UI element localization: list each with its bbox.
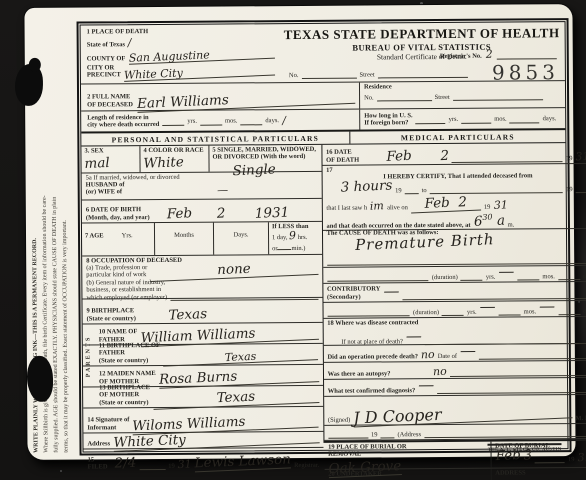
mos-label: mos.	[524, 308, 537, 315]
residence-block: Residence No.Street	[359, 81, 565, 108]
registrar-title-label: Registrar.	[294, 462, 319, 469]
personal-column: PARENTS 3. SEXmal 4 COLOR OR RACEWhite 5…	[81, 145, 323, 445]
ink-blot	[27, 356, 53, 402]
certification-block: 17 I HEREBY CERTIFY, That I attended dec…	[322, 164, 586, 231]
signed-year-blank	[380, 429, 394, 438]
mos-blank	[200, 116, 222, 125]
marital-label: 5 SINGLE, MARRIED, WIDOWED,OR DIVORCED (…	[212, 146, 318, 162]
place-of-death-block: 1 PLACE OF DEATH State of Texas/ COUNTY …	[81, 24, 279, 83]
filed-label: 15 FILED	[88, 456, 112, 470]
department-title: TEXAS STATE DEPARTMENT OF HEALTH	[279, 25, 565, 43]
birth-day-value: 2	[217, 207, 226, 221]
mother-birthplace-value: Texas	[153, 387, 319, 408]
form-columns: PARENTS 3. SEXmal 4 COLOR OR RACEWhite 5…	[81, 143, 567, 444]
sex-value: mal	[84, 157, 110, 172]
street-label: Street	[359, 71, 374, 78]
days-label: days.	[543, 115, 557, 122]
birth-year-value: 1931	[254, 206, 289, 221]
no-street-line: No.Street	[289, 69, 509, 80]
autopsy-value: no	[433, 366, 447, 378]
stray-dash: —	[539, 296, 555, 315]
birth-month-value: Feb	[166, 207, 192, 222]
mos-label: mos.	[542, 273, 555, 280]
age-yrs-label: Yrs.	[122, 232, 133, 239]
address-label: Address	[87, 440, 110, 447]
lastsaw-19: 19	[484, 204, 491, 211]
full-name-label: 2 FULL NAMEOF DECEASED	[87, 93, 133, 108]
race-field: 4 COLOR OR RACEWhite	[140, 146, 209, 172]
duration-blank	[327, 307, 410, 317]
race-label: 4 COLOR OR RACE	[143, 147, 205, 154]
ink-blot	[15, 64, 43, 106]
sex-label: 3. SEX	[84, 147, 136, 154]
ds-blank	[558, 306, 580, 315]
birthplace-value: Texas	[169, 307, 208, 322]
filed-19: 19	[168, 463, 175, 470]
personal-particulars-header: PERSONAL AND STATISTICAL PARTICULARS	[81, 132, 349, 146]
printer-imprint: THE A. L. STECK CO. AUSTIN	[488, 443, 562, 452]
test-blank	[437, 384, 586, 394]
duration-row-2: (duration)yrs.—mos.—ds.	[323, 301, 586, 319]
operation-row: Did an operation precede death?noDate of…	[323, 344, 586, 363]
dod-19: 19	[566, 155, 573, 162]
filed-date-value: 2/4	[114, 456, 136, 470]
signed-label: (Signed)	[328, 417, 350, 424]
age-row: 7 AGE Yrs. Months Days. If LESS than 1 d…	[82, 222, 322, 257]
cause-blank-line	[327, 255, 586, 266]
mother-birthplace-label: 13 BIRTHPLACEOF MOTHER(State or country)	[99, 384, 150, 407]
mother-name-value: Rosa Burns	[158, 367, 318, 388]
duration-label: (duration)	[432, 274, 458, 281]
death-year-value: 31	[575, 151, 586, 163]
burial-blank	[535, 454, 565, 463]
informant-label: 14 Signature ofInformant	[87, 416, 129, 431]
medical-column: 16 DATEOF DEATH Feb 2 1931 17 I HEREBY C…	[321, 143, 586, 443]
operation-label: Did an operation precede death?	[327, 353, 418, 361]
certificate-border: 1 PLACE OF DEATH State of Texas/ COUNTY …	[77, 18, 572, 455]
him-handwriting: im	[370, 200, 384, 212]
father-birthplace-value: Texas	[163, 348, 319, 366]
state-label: State of Texas	[87, 41, 125, 48]
signed-address-row: 19(Address	[324, 424, 586, 441]
age-label: 7 AGE	[85, 232, 104, 239]
occupation-a-label: (a) Trade, profession orparticular kind …	[86, 264, 147, 279]
stray-dash: —	[498, 262, 514, 281]
marital-field: 5 SINGLE, MARRIED, WIDOWED,OR DIVORCED (…	[209, 145, 321, 172]
full-name-block: 2 FULL NAMEOF DECEASED Earl Williams	[81, 83, 359, 111]
age-months-label: Months	[174, 232, 194, 239]
scan-background: WRITE PLAINLY WITH UNFADING INK—THIS IS …	[0, 0, 586, 480]
margin-note: terms, so that it may be properly classi…	[61, 23, 70, 453]
duration-row-1: (duration)yrs.—mos.ds.	[323, 266, 586, 284]
date-of-birth-row: 6 DATE OF BIRTH(Month, day, and year) Fe…	[82, 199, 322, 224]
stray-dash: —	[418, 375, 434, 394]
date-of-death-row: 16 DATEOF DEATH Feb 2 1931	[322, 143, 586, 166]
certify-19a: 19	[395, 187, 402, 194]
attended-from-value: 3 hours	[340, 179, 392, 195]
address-paren-label: (Address	[397, 431, 421, 438]
stray-dash: —	[383, 281, 399, 300]
stray-dash: —	[406, 326, 422, 345]
city-label: CITY ORPRECINCT	[87, 64, 121, 79]
autopsy-label: Was there an autopsy?	[328, 370, 391, 377]
filed-year-value: 31	[178, 459, 192, 471]
dod-blank	[452, 153, 563, 163]
how-long-in-us-block: How long in U. S.If foreign born? yrs. m…	[359, 108, 565, 129]
mos-blank	[517, 271, 539, 280]
sex-field: 3. SEXmal	[81, 146, 140, 172]
test-row: What test confirmed diagnosis?—	[324, 378, 586, 397]
days-blank	[510, 114, 540, 123]
days-stray-mark: /	[282, 115, 286, 126]
contributory-label: CONTRIBUTORY(Secondary)	[327, 286, 381, 301]
certificate-card: WRITE PLAINLY WITH UNFADING INK—THIS IS …	[24, 4, 575, 460]
burial-19: 19	[568, 456, 575, 463]
birthplace-row: 9 BIRTHPLACE(State or country) Texas	[82, 298, 322, 325]
department-header: TEXAS STATE DEPARTMENT OF HEALTH BUREAU …	[279, 22, 565, 82]
father-birthplace-label: 11 BIRTHPLACE OFFATHER(State or country)	[99, 342, 160, 365]
place-of-burial-cell: 19 PLACE OF BURIAL ORREMOVAL Oak Grove	[324, 442, 491, 469]
medical-particulars-header: MEDICAL PARTICULARS	[349, 130, 565, 144]
place-of-burial-label: 19 PLACE OF BURIAL ORREMOVAL	[328, 443, 486, 459]
undertaker-address-label: ADDRESS	[491, 468, 586, 480]
date-of-label: Date of	[438, 353, 457, 360]
spouse-value: —	[127, 181, 317, 200]
dust-speck	[60, 470, 62, 472]
how-long-label: How long in U. S.If foreign born?	[364, 112, 413, 127]
header-row-name: 2 FULL NAMEOF DECEASED Earl Williams Res…	[81, 81, 565, 111]
race-value: White	[143, 156, 184, 171]
filed-row: 15 FILED 2/4 1931 Lewis Lawson Registrar…	[84, 448, 324, 472]
duration-label: (duration)	[413, 309, 439, 316]
residence-no-street: No.Street	[364, 91, 561, 101]
sex-race-marital-row: 3. SEXmal 4 COLOR OR RACEWhite 5 SINGLE,…	[81, 145, 321, 174]
street-blank	[378, 69, 468, 79]
where-contracted-row: 18 Where was disease contracted If not a…	[323, 317, 586, 346]
registrar-no-label: Registrar's No.	[440, 53, 482, 60]
date-of-death-label: 16 DATEOF DEATH	[326, 149, 359, 164]
age-months-cell: Months	[155, 223, 214, 255]
length-of-residence-label: Length of residence incity where death o…	[87, 114, 159, 129]
spouse-row: 5a If married, widowed, or divorced HUSB…	[82, 172, 322, 201]
informant-address-row: Address White City	[83, 432, 323, 450]
yrs-label: yrs.	[467, 309, 477, 316]
md-label: M. D.	[576, 415, 586, 422]
age-less-than-day-cell: If LESS than 1 day, 9 hrs. ormin.)	[269, 222, 322, 254]
occupation-row: 8 OCCUPATION OF DECEASED (a) Trade, prof…	[82, 255, 322, 300]
street-label: Street	[435, 94, 450, 101]
last-saw-label-a: that I last saw h	[326, 205, 367, 212]
days-label: days.	[265, 117, 279, 124]
physician-signature-row: (Signed) J D Cooper M. D.	[324, 395, 586, 426]
yrs-label: yrs.	[486, 274, 496, 281]
yrs-blank	[442, 307, 464, 316]
certify-19b: 19	[566, 186, 573, 193]
father-birthplace-row: 11 BIRTHPLACE OFFATHER(State or country)…	[83, 344, 323, 367]
death-month-value: Feb	[386, 149, 412, 164]
signed-date-blank	[328, 430, 368, 439]
last-saw-date: Feb 2	[411, 195, 482, 212]
yrs-label: yrs.	[187, 117, 197, 124]
ds-blank	[558, 271, 580, 280]
duration-blank	[327, 272, 429, 282]
full-name-value: Earl Williams	[137, 88, 356, 112]
less-than-label-3: ormin.)	[272, 241, 319, 252]
father-name-value: William Williams	[140, 324, 318, 346]
county-label: COUNTY OF	[87, 55, 126, 62]
last-saw-year: 31	[493, 199, 507, 211]
spouse-label-2: HUSBAND of(or) WIFE of	[86, 181, 125, 196]
mos-blank	[461, 114, 491, 123]
yrs-blank	[416, 114, 446, 123]
filed-blank	[139, 461, 165, 470]
stray-dash: —	[460, 341, 476, 360]
operation-value: no	[421, 349, 435, 361]
registrar-signature: Lewis Lawson	[194, 453, 291, 472]
hours-value: 9	[289, 230, 296, 241]
autopsy-row: Was there an autopsy?no	[323, 361, 586, 380]
registrar-no-blank	[497, 50, 557, 59]
state-handwriting: /	[128, 37, 132, 48]
yrs-label: yrs.	[449, 115, 459, 122]
length-of-residence-block: Length of residence incity where death o…	[81, 110, 359, 132]
no-label: No.	[364, 94, 374, 101]
date-of-birth-label: 6 DATE OF BIRTH(Month, day, and year)	[86, 206, 150, 221]
birthplace-label: 9 BIRTHPLACE(State or country)	[87, 307, 136, 322]
mos-blank	[499, 306, 521, 315]
county-value: San Augustine	[128, 47, 275, 65]
no-blank	[377, 92, 432, 101]
mother-birthplace-row: 13 BIRTHPLACEOF MOTHER(State or country)…	[83, 386, 323, 409]
dateof-blank	[479, 350, 586, 360]
mos-label: mos.	[225, 117, 238, 124]
city-value: White City	[124, 63, 275, 81]
autopsy-blank	[450, 367, 586, 377]
certificate-body: 1 PLACE OF DEATH State of Texas/ COUNTY …	[80, 21, 569, 452]
last-saw-label-b: alive on	[387, 204, 408, 211]
no-label: No.	[289, 72, 299, 79]
less-than-label-2: 1 day, 9 hrs.	[272, 230, 319, 241]
place-of-burial-value: Oak Grove	[328, 460, 401, 478]
signed-19: 19	[371, 431, 378, 438]
registrar-no-value: 2	[486, 49, 493, 60]
yrs-blank	[461, 272, 483, 281]
certify-blank-c	[576, 183, 586, 192]
age-years-cell: 7 AGE Yrs.	[82, 223, 155, 256]
cause-of-death-block: Premature Birth	[323, 229, 586, 268]
certify-blank-b	[430, 184, 564, 194]
place-of-death-label: 1 PLACE OF DEATH	[87, 27, 275, 35]
registrar-no-line: Registrar's No.2	[440, 48, 557, 60]
test-label: What test confirmed diagnosis?	[328, 387, 416, 395]
stray-dash: —	[480, 297, 496, 316]
no-blank	[301, 70, 356, 79]
cause-of-death-value: Premature Birth	[354, 232, 494, 253]
age-days-cell: Days.	[214, 222, 269, 254]
burial-year-value: 31	[577, 451, 586, 463]
days-blank	[240, 116, 262, 125]
header-row-place: 1 PLACE OF DEATH State of Texas/ COUNTY …	[81, 22, 565, 84]
death-time-value: 630 a	[473, 213, 505, 229]
age-days-label: Days.	[233, 231, 248, 238]
m-label: m.	[508, 222, 515, 229]
min-blank	[277, 241, 291, 250]
certify-blank-a	[405, 185, 419, 194]
signed-address-blank	[424, 428, 586, 438]
mos-label: mos.	[494, 115, 507, 122]
death-day-value: 2	[440, 149, 449, 163]
yrs-blank	[162, 116, 184, 125]
to-label: to	[422, 187, 427, 194]
street-blank	[453, 91, 543, 101]
